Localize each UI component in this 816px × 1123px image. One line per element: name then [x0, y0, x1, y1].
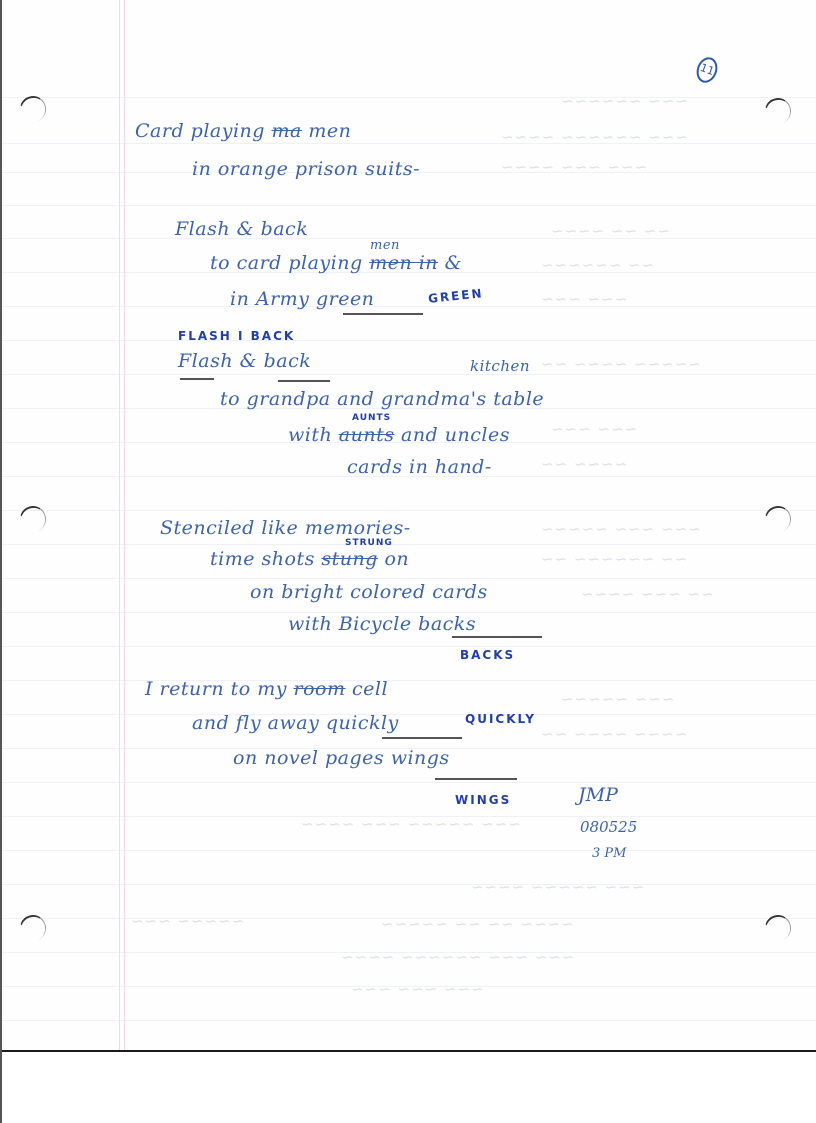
text: Flash & back: [175, 218, 308, 240]
ruled-line: [0, 714, 816, 715]
stanza-4-line-4: with Bicycle backs: [288, 613, 476, 635]
insertion-men: men: [370, 238, 400, 253]
ruled-line: [0, 1020, 816, 1021]
bleed-through: ~~~ ~~~~~ ~~~ ~~~~: [300, 815, 521, 833]
bleed-through: ~~~~ ~~ ~~ ~~~~~: [380, 915, 574, 933]
ruled-line: [0, 646, 816, 647]
correction-backs: BACKS: [460, 648, 515, 662]
bleed-through: ~~~~ ~~: [540, 455, 627, 473]
pencil-underline: [343, 313, 423, 315]
ruled-line: [0, 680, 816, 681]
stanza-3-line-2: to grandpa and grandma's table: [220, 388, 544, 410]
notebook-page: ~~~ ~~~~~~ ~~~ ~~~~~~ ~~~~ ~~~ ~~~ ~~~~ …: [0, 0, 816, 1052]
ruled-line: [0, 238, 816, 239]
bleed-through: ~~~ ~~~~~ ~~~~: [470, 878, 644, 896]
text: men: [302, 120, 352, 142]
text: on: [378, 548, 409, 570]
ruled-line: [0, 205, 816, 206]
signature-date: 080525: [580, 818, 637, 836]
struck-word: men in: [369, 252, 438, 274]
bleed-through: ~~~ ~~~ ~~~~~~ ~~~~: [340, 948, 574, 966]
underlined-word: backs: [418, 613, 476, 635]
text: in orange prison suits-: [192, 158, 420, 180]
correction-green: GREEN: [427, 286, 484, 306]
text: &: [233, 350, 264, 372]
pencil-underline: [382, 737, 462, 739]
bleed-through: ~~~ ~~~ ~~~: [350, 980, 484, 998]
ruled-line: [0, 544, 816, 545]
ruled-line: [0, 340, 816, 341]
bleed-through: ~~~ ~~~ ~~~~~: [540, 520, 701, 538]
text: and uncles: [394, 424, 510, 446]
stanza-4-line-2: time shots stung on: [210, 548, 409, 570]
text: time shots: [210, 548, 321, 570]
struck-word: aunts: [339, 424, 395, 446]
stanza-3-line-1: Flash & back: [178, 350, 311, 372]
hole-punch: [16, 911, 49, 944]
text: cell: [346, 678, 389, 700]
ruled-line: [0, 143, 816, 144]
stanza-4-line-3: on bright colored cards: [250, 581, 488, 603]
underlined-word: green: [316, 288, 374, 310]
ruled-line: [0, 578, 816, 579]
pencil-underline: [452, 636, 542, 638]
text: and fly away: [192, 712, 326, 734]
text: with Bicycle: [288, 613, 418, 635]
insertion-aunts: AUNTS: [352, 413, 391, 423]
stanza-5-line-2: and fly away quickly: [192, 712, 399, 734]
ruled-line: [0, 884, 816, 885]
ruled-line: [0, 850, 816, 851]
bleed-through: ~~~ ~~~: [540, 290, 627, 308]
text: to card playing: [210, 252, 369, 274]
ruled-line: [0, 97, 816, 98]
underlined-word: wings: [391, 747, 450, 769]
hole-punch: [761, 911, 794, 944]
struck-word: room: [294, 678, 346, 700]
ruled-line: [0, 510, 816, 511]
text: Stenciled like memories-: [160, 517, 411, 539]
underlined-word: back: [264, 350, 312, 372]
correction-flash-back: FLASH I BACK: [178, 329, 295, 343]
stanza-3-line-3: with aunts and uncles: [288, 424, 510, 446]
pencil-underline: [435, 778, 517, 780]
stanza-5-line-1: I return to my room cell: [145, 678, 388, 700]
stanza-2-line-2: to card playing men in &: [210, 252, 462, 274]
page-number: 11: [693, 54, 721, 85]
struck-word: ma: [271, 120, 301, 142]
bleed-through: ~~~~~ ~~~: [130, 912, 244, 930]
correction-quickly: QUICKLY: [465, 712, 536, 726]
ruled-line: [0, 782, 816, 783]
stanza-3-line-4: cards in hand-: [347, 456, 492, 478]
stanza-1-line-2: in orange prison suits-: [192, 158, 420, 180]
scan-edge: [0, 0, 2, 1123]
stanza-5-line-3: on novel pages wings: [233, 747, 450, 769]
stanza-1-line-1: Card playing ma men: [135, 120, 351, 142]
pencil-underline: [180, 378, 214, 380]
bleed-through: ~~~~ ~~~~ ~~: [540, 725, 687, 743]
insertion-strung: STRUNG: [345, 538, 393, 548]
correction-wings: WINGS: [455, 793, 511, 807]
underlined-word: Flash: [178, 350, 233, 372]
text: cards in hand-: [347, 456, 492, 478]
hole-punch: [16, 502, 49, 535]
bleed-through: ~~ ~~~~~~: [540, 256, 654, 274]
hole-punch: [761, 94, 794, 127]
text: with: [288, 424, 339, 446]
note-kitchen: kitchen: [470, 357, 530, 375]
text: Card playing: [135, 120, 271, 142]
stanza-2-line-1: Flash & back: [175, 218, 308, 240]
text: &: [438, 252, 462, 274]
stanza-4-line-1: Stenciled like memories-: [160, 517, 411, 539]
bleed-through: ~~~~~ ~~~~ ~~: [540, 355, 701, 373]
text: I return to my: [145, 678, 294, 700]
pencil-underline: [278, 380, 330, 382]
margin-line: [124, 0, 125, 1050]
bleed-through: ~~~ ~~~~~~ ~~~~: [500, 128, 688, 146]
margin-line: [119, 0, 120, 1050]
hole-punch: [761, 502, 794, 535]
stanza-2-line-3: in Army green: [230, 288, 374, 310]
bleed-through: ~~~ ~~~: [550, 420, 637, 438]
text: to grandpa and grandma's table: [220, 388, 544, 410]
struck-word: stung: [321, 548, 378, 570]
bleed-through: ~~ ~~~ ~~~~: [580, 585, 714, 603]
ruled-line: [0, 374, 816, 375]
text: on bright colored cards: [250, 581, 488, 603]
bleed-through: ~~~ ~~~ ~~~~: [500, 158, 647, 176]
ruled-line: [0, 306, 816, 307]
underlined-word: quickly: [326, 712, 399, 734]
bleed-through: ~~~ ~~~~~~: [560, 92, 688, 110]
signature-initials: JMP: [578, 784, 618, 806]
bleed-through: ~~~ ~~~~~: [560, 690, 674, 708]
signature-time: 3 PM: [592, 846, 626, 861]
text: in Army: [230, 288, 316, 310]
text: on novel pages: [233, 747, 391, 769]
bleed-through: ~~ ~~~~~~ ~~: [540, 550, 687, 568]
bleed-through: ~~ ~~ ~~~~: [550, 222, 670, 240]
